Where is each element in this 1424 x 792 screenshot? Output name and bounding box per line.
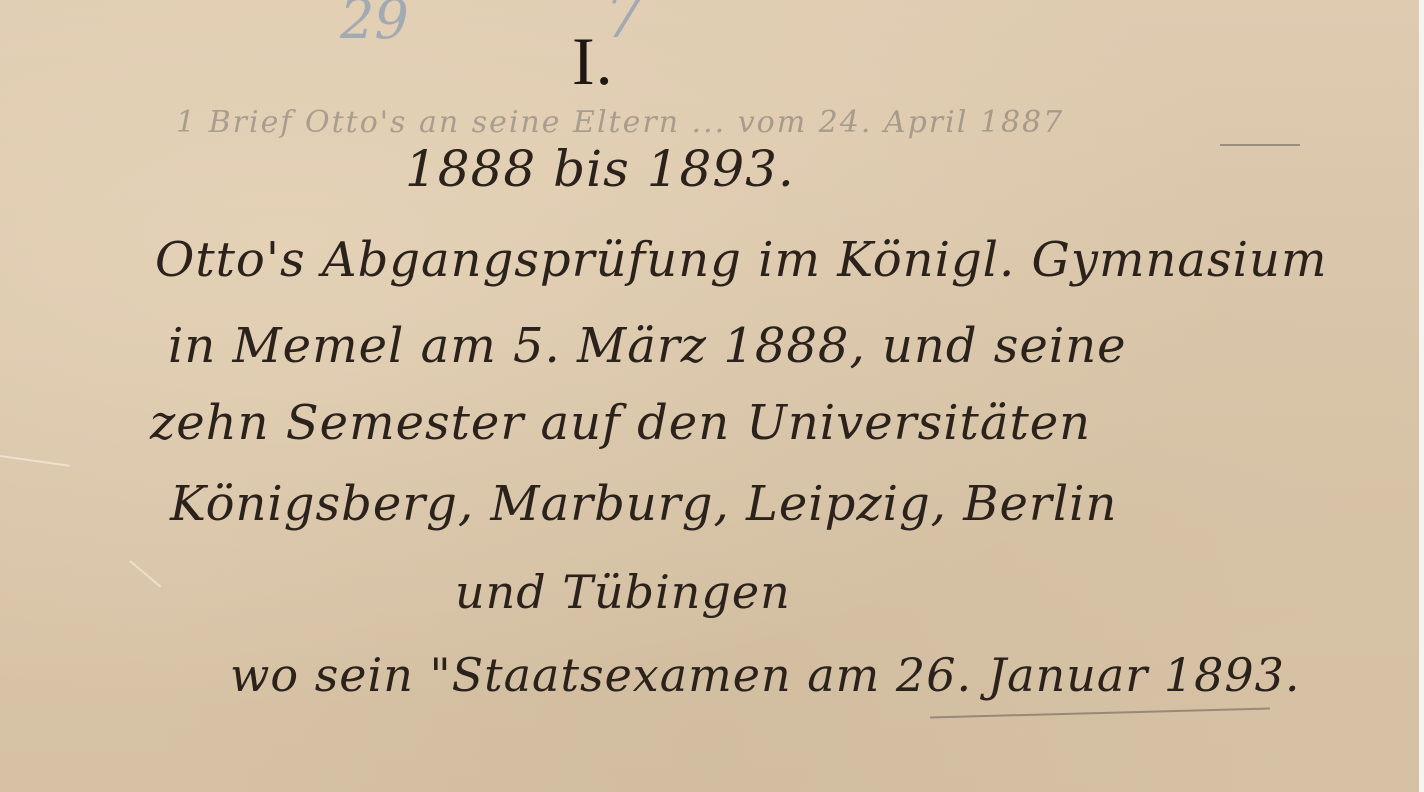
paper-crease [0,455,69,467]
body-line: Königsberg, Marburg, Leipzig, Berlin [170,476,1117,532]
paper-crease [129,560,161,587]
body-line: Otto's Abgangsprüfung im Königl. Gymnasi… [155,232,1327,288]
body-line: zehn Semester auf den Universitäten [150,395,1091,451]
blue-crayon-mark: 29 [340,0,409,51]
paper-sheet: 29 7 I. 1 Brief Otto's an seine Eltern .… [0,0,1419,792]
scan-edge [1419,0,1424,792]
body-line: in Memel am 5. März 1888, und seine [168,318,1127,374]
body-line: wo sein "Staatsexamen am 26. Januar 1893… [230,648,1301,702]
heading-years: 1888 bis 1893. [405,140,795,198]
body-line: und Tübingen [455,565,791,619]
pencil-underline [930,708,1270,719]
pencil-note: 1 Brief Otto's an seine Eltern ... vom 2… [176,105,1064,140]
section-number: I. [572,22,614,101]
pencil-underline [1220,144,1300,146]
